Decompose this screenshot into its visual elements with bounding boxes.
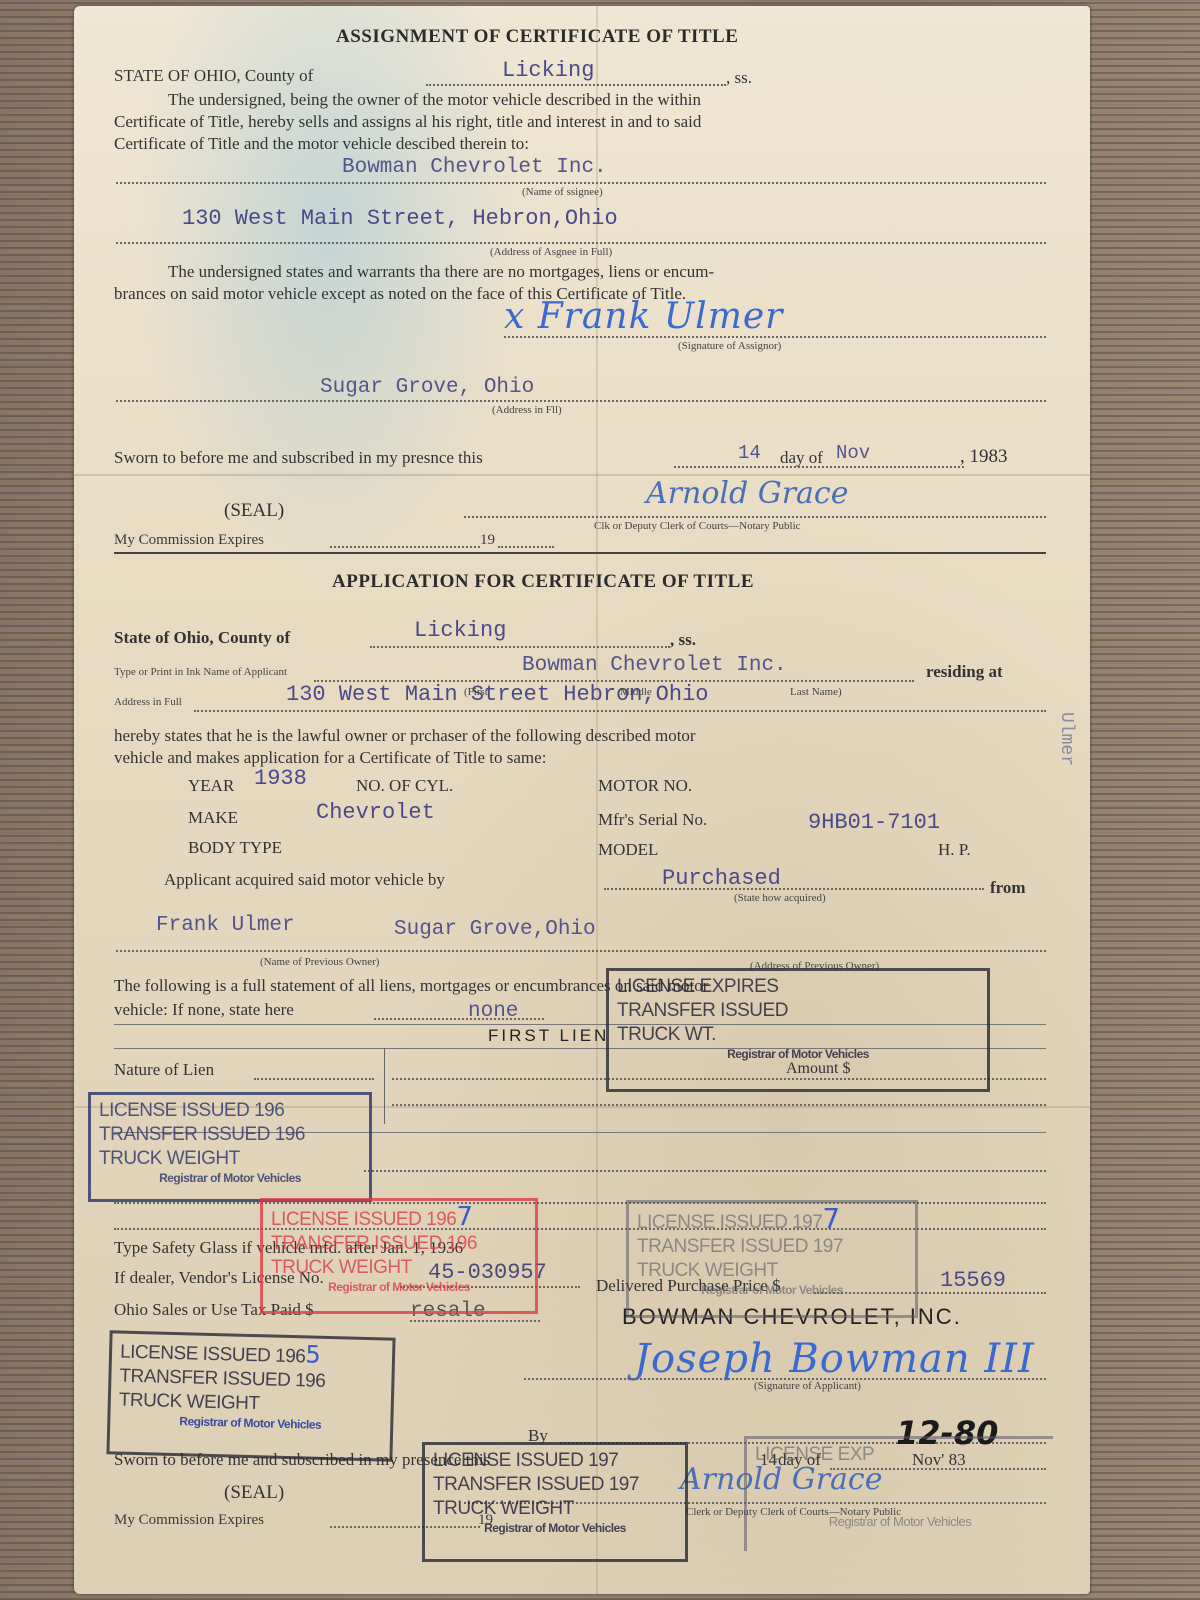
application-title: APPLICATION FOR CERTIFICATE OF TITLE <box>332 571 754 593</box>
previous-owner-name-value: Frank Ulmer <box>156 914 295 937</box>
assignment-seal: (SEAL) <box>224 500 284 522</box>
assignment-state-line: STATE OF OHIO, County of <box>114 66 313 86</box>
fold-crease-horizontal <box>74 474 1090 476</box>
application-county-value: Licking <box>414 618 506 643</box>
first-lien-header: FIRST LIEN <box>488 1026 609 1046</box>
applicant-signature: Joseph Bowman III <box>634 1336 1035 1382</box>
stamp-license-expires: LICENSE EXPIRES TRANSFER ISSUED TRUCK WT… <box>606 968 990 1092</box>
vehicle-year-value: 1938 <box>254 766 307 791</box>
assignment-paragraph: The undersigned, being the owner of the … <box>168 90 701 110</box>
stamp-license-issued-196-red: LICENSE ISSUED 1967 TRANSFER ISSUED 196 … <box>260 1198 538 1314</box>
previous-owner-address-value: Sugar Grove,Ohio <box>394 918 596 941</box>
assignment-title: ASSIGNMENT OF CERTIFICATE OF TITLE <box>336 26 738 48</box>
fold-crease-vertical <box>596 6 598 1594</box>
title-document: ASSIGNMENT OF CERTIFICATE OF TITLE STATE… <box>74 6 1090 1594</box>
liens-value: none <box>468 1000 518 1023</box>
applicant-name-value: Bowman Chevrolet Inc. <box>522 654 787 677</box>
assignee-address-value: 130 West Main Street, Hebron,Ohio <box>182 206 618 231</box>
vehicle-serial-value: 9HB01-7101 <box>808 810 940 835</box>
application-state-line: State of Ohio, County of <box>114 628 290 648</box>
stamp-license-expires-bottom: LICENSE EXP Registrar of Motor Vehicles <box>744 1436 1053 1551</box>
assignor-address-value: Sugar Grove, Ohio <box>320 376 534 399</box>
purchase-price-value: 15569 <box>940 1268 1006 1293</box>
section-divider <box>114 552 1046 554</box>
stamp-license-issued-196-blue: LICENSE ISSUED 196 TRANSFER ISSUED 196 T… <box>88 1092 372 1202</box>
assignment-county-value: Licking <box>502 58 594 83</box>
margin-note: Ulmer <box>1056 712 1076 766</box>
stamp-license-issued-196-black: LICENSE ISSUED 1965 TRANSFER ISSUED 196 … <box>106 1330 395 1461</box>
assignment-sworn-line: Sworn to before me and subscribed in my … <box>114 448 483 468</box>
stamp-license-issued-197-bottom: LICENSE ISSUED 197 TRANSFER ISSUED 197 T… <box>422 1442 688 1562</box>
stamp-license-issued-197: LICENSE ISSUED 1977 TRANSFER ISSUED 197 … <box>626 1200 918 1318</box>
assignor-signature: x Frank Ulmer <box>504 296 783 337</box>
assignee-name-value: Bowman Chevrolet Inc. <box>342 156 607 179</box>
acquired-value: Purchased <box>662 866 781 891</box>
application-seal: (SEAL) <box>224 1482 284 1504</box>
notary-signature: Arnold Grace <box>646 476 848 511</box>
vehicle-make-value: Chevrolet <box>316 800 435 825</box>
